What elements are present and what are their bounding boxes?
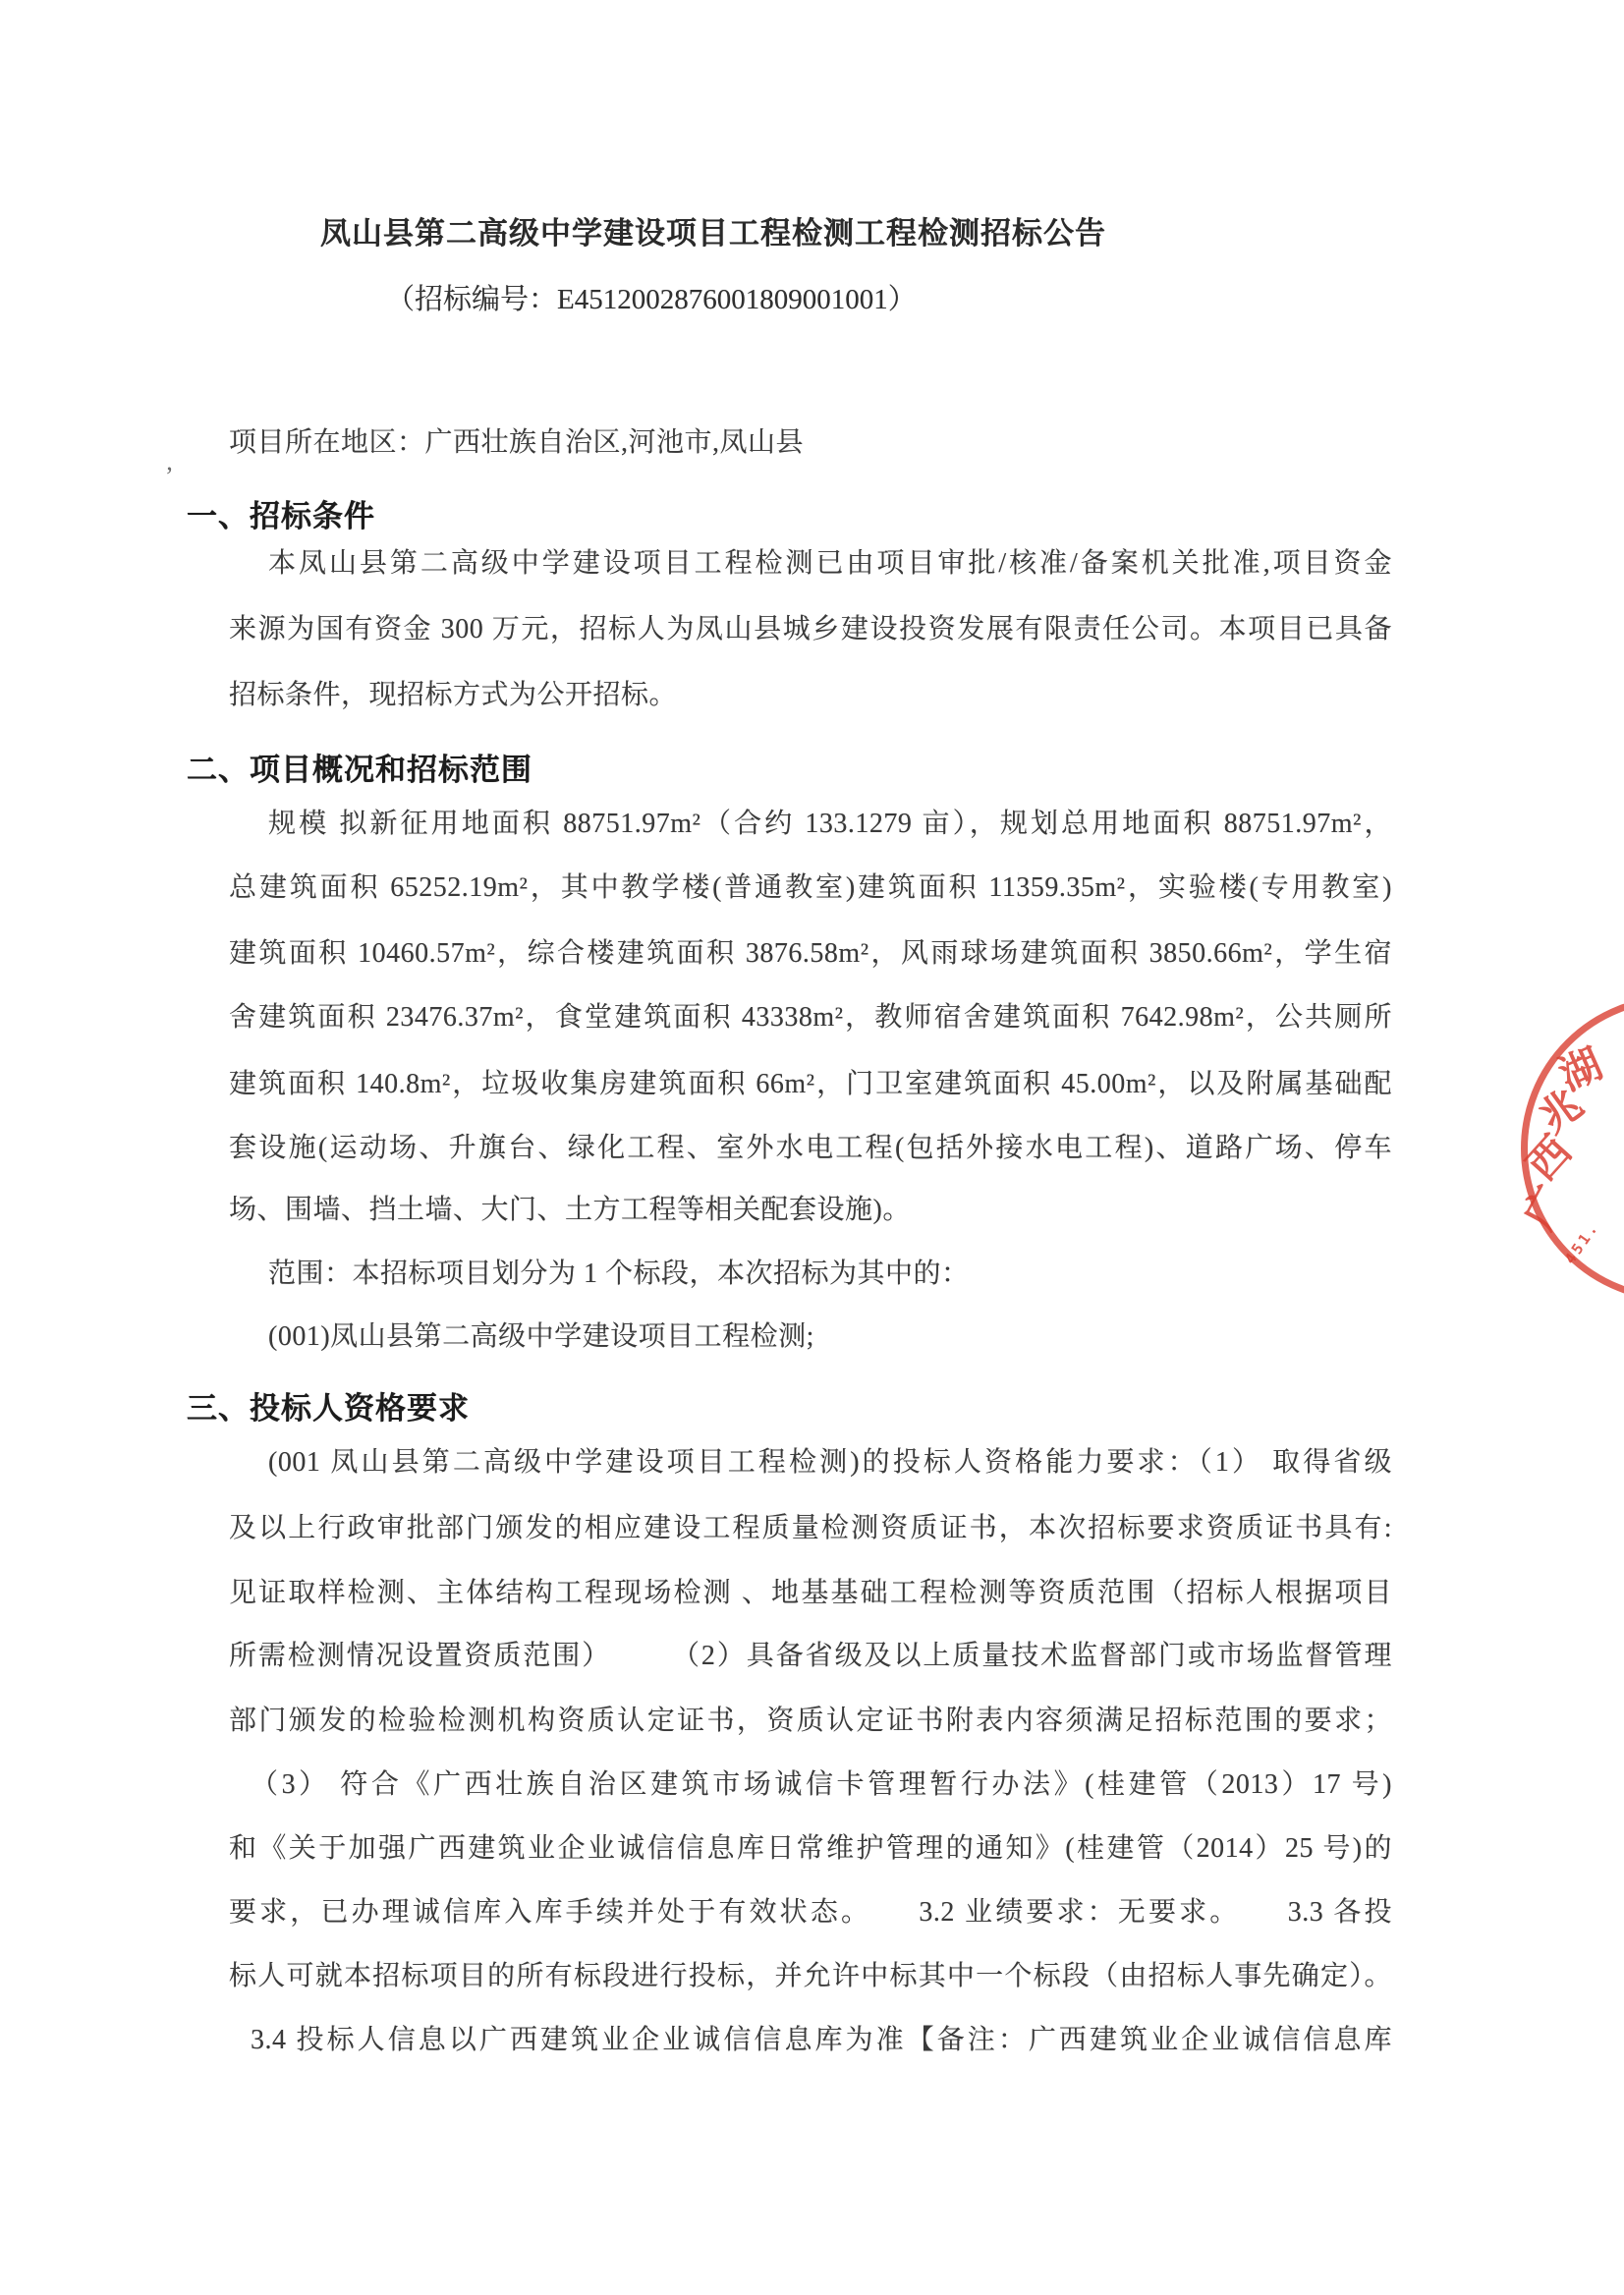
document-line: 3.4 投标人信息以广西建筑业企业诚信信息库为准【备注：广西建筑业企业诚信信息库: [229, 2023, 1392, 2058]
lot-line: (001)凤山县第二高级中学建设项目工程检测;: [229, 1319, 1392, 1355]
section-heading-1: 一、招标条件: [187, 491, 375, 535]
document-line: 及以上行政审批部门颁发的相应建设工程质量检测资质证书，本次招标要求资质证书具有:: [229, 1511, 1392, 1546]
document-line: 建筑面积 10460.57m²，综合楼建筑面积 3876.58m²，风雨球场建筑…: [229, 936, 1392, 972]
section-heading-2: 二、项目概况和招标范围: [187, 745, 532, 789]
document-line: 舍建筑面积 23476.37m²，食堂建筑面积 43338m²，教师宿舍建筑面积…: [229, 1000, 1392, 1036]
tender-number: （招标编号：E4512002876001809001001）: [386, 277, 917, 317]
document-line: 套设施(运动场、升旗台、绿化工程、室外水电工程(包括外接水电工程)、道路广场、停…: [229, 1131, 1392, 1166]
document-line: 部门颁发的检验检测机构资质认定证书，资质认定证书附表内容须满足招标范围的要求；: [229, 1704, 1392, 1739]
page-title: 凤山县第二高级中学建设项目工程检测工程检测招标公告: [320, 208, 1106, 252]
section-heading-3: 三、投标人资格要求: [187, 1383, 470, 1427]
scope-line: 范围：本招标项目划分为 1 个标段，本次招标为其中的：: [229, 1257, 1392, 1292]
document-line: 本凤山县第二高级中学建设项目工程检测已由项目审批/核准/备案机关批准,项目资金: [229, 546, 1392, 582]
document-line: (001 凤山县第二高级中学建设项目工程检测)的投标人资格能力要求：（1） 取得…: [229, 1445, 1392, 1481]
scan-artifact-mark: ’: [165, 462, 174, 491]
document-line: 规模 拟新征用地面积 88751.97m²（合约 133.1279 亩），规划总…: [229, 807, 1392, 842]
document-line: 要求，已办理诚信库入库手续并处于有效状态。 3.2 业绩要求：无要求。 3.3 …: [229, 1895, 1392, 1931]
scanned-document-page: 凤山县第二高级中学建设项目工程检测工程检测招标公告 （招标编号：E4512002…: [0, 0, 1624, 2295]
document-line: 标人可就本招标项目的所有标段进行投标，并允许中标其中一个标段（由招标人事先确定）…: [229, 1959, 1392, 1994]
document-line: 所需检测情况设置资质范围） （2）具备省级及以上质量技术监督部门或市场监督管理: [229, 1639, 1392, 1674]
document-line: （3） 符合《广西壮族自治区建筑市场诚信卡管理暂行办法》(桂建管（2013）17…: [229, 1767, 1392, 1803]
document-line: 场、围墙、挡土墙、大门、土方工程等相关配套设施)。: [229, 1193, 1392, 1228]
document-line: 和《关于加强广西建筑业企业诚信信息库日常维护管理的通知》(桂建管（2014）25…: [229, 1831, 1392, 1867]
document-line: 建筑面积 140.8m²，垃圾收集房建筑面积 66m²，门卫室建筑面积 45.0…: [229, 1067, 1392, 1102]
document-line: 招标条件，现招标方式为公开招标。: [229, 678, 1392, 713]
project-location-line: 项目所在地区：广西壮族自治区,河池市,凤山县: [229, 425, 1392, 461]
document-line: 总建筑面积 65252.19m²，其中教学楼(普通教室)建筑面积 11359.3…: [229, 870, 1392, 906]
document-line: 来源为国有资金 300 万元，招标人为凤山县城乡建设投资发展有限责任公司。本项目…: [229, 612, 1392, 647]
document-line: 见证取样检测、主体结构工程现场检测 、地基基础工程检测等资质范围（招标人根据项目: [229, 1576, 1392, 1611]
